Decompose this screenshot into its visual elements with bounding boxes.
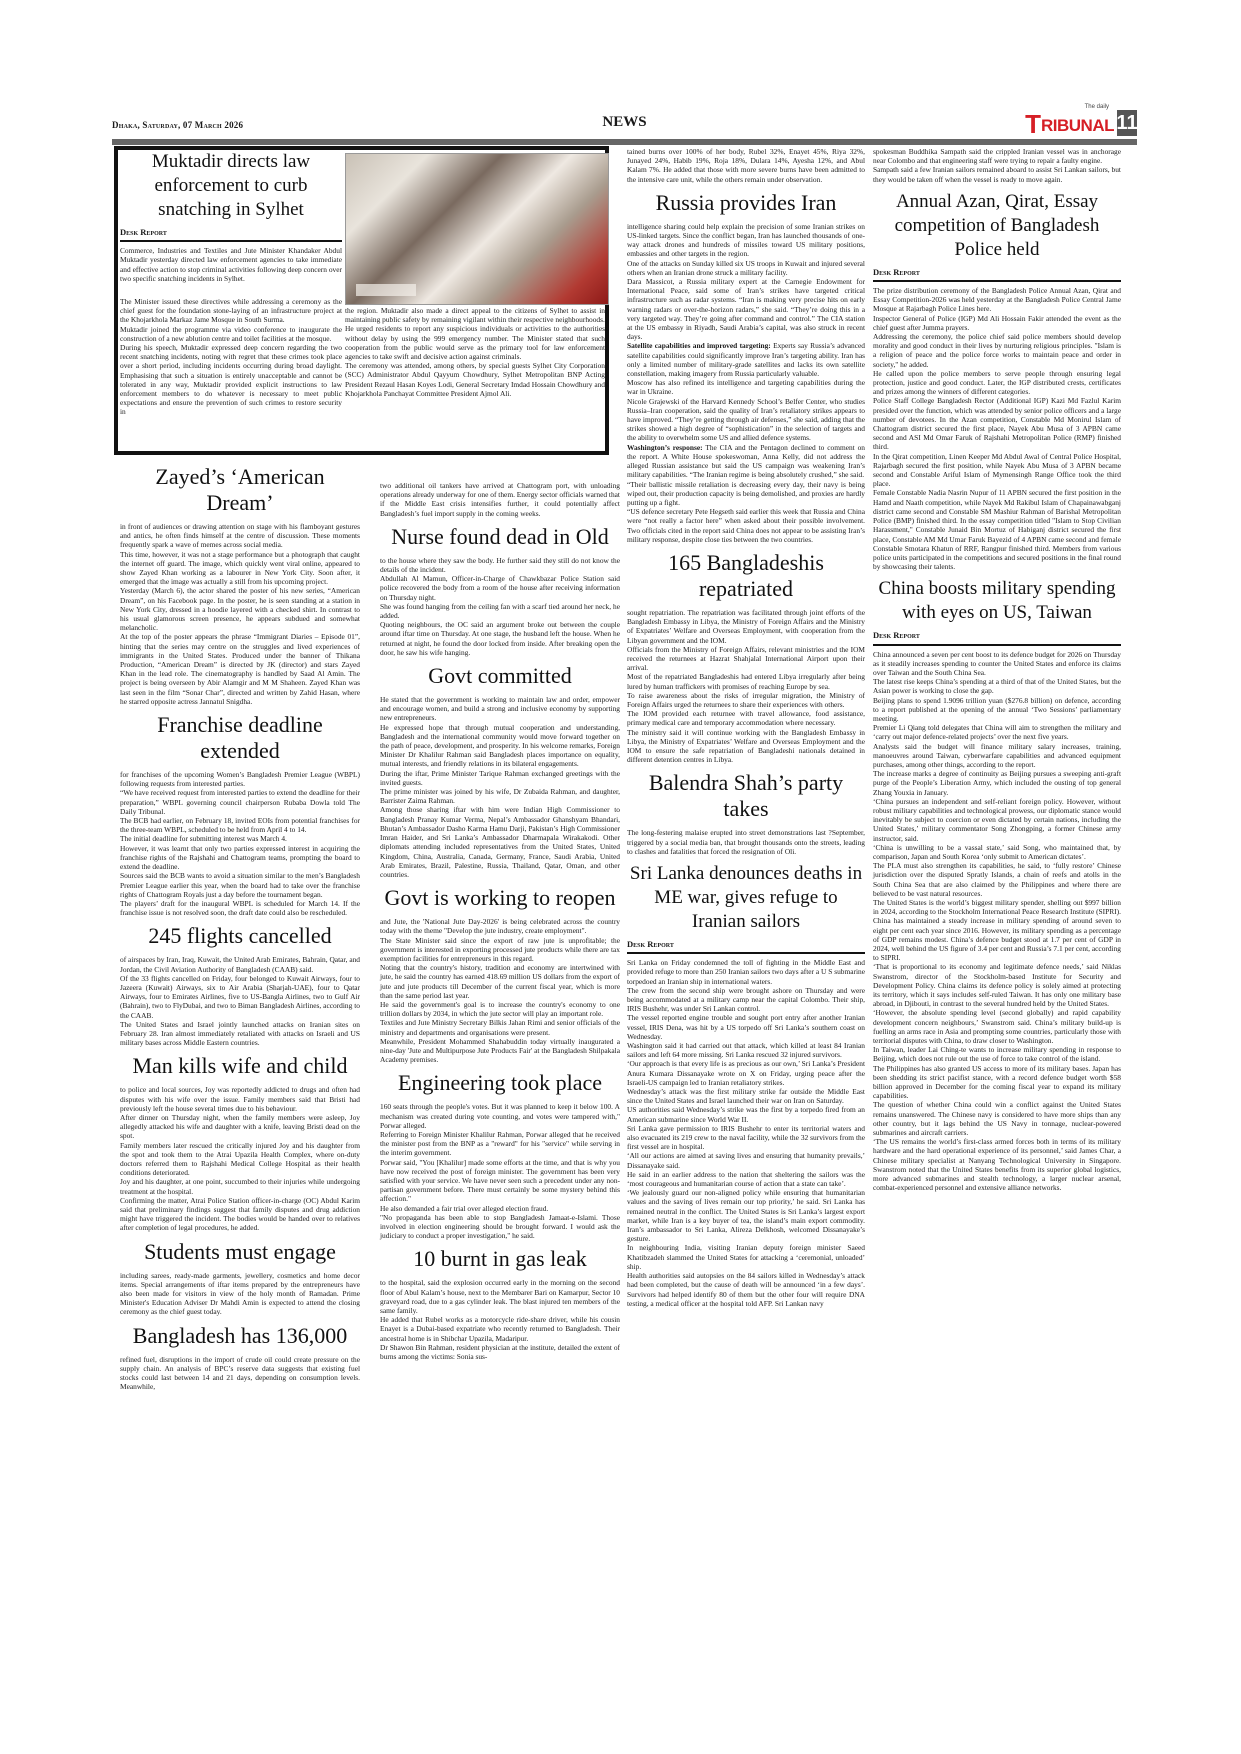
paragraph: At the top of the poster appears the phr… [120,632,360,706]
column-2: two additional oil tankers have arrived … [380,481,620,1361]
paragraph: Referring to Foreign Minister Khalilur R… [380,1130,620,1158]
headline-man-kills: Man kills wife and child [120,1053,360,1079]
paragraph: Yesterday (March 6), the actor shared th… [120,586,360,632]
lead-story-right: the region. Muktadir also made a direct … [345,306,605,398]
headline-police: Annual Azan, Qirat, Essay competition of… [873,190,1121,262]
headline-govt-reopen: Govt is working to reopen [380,885,620,911]
paragraph: spokesman Buddhika Sampath said the crip… [873,147,1121,165]
byline-sri-lanka: Desk Report [627,940,865,954]
headline-russia: Russia provides Iran [627,190,865,216]
paragraph: He expressed hope that through mutual co… [380,723,620,769]
paragraph: Meanwhile, President Mohammed Shahabuddi… [380,1037,620,1065]
paragraph: Of the 33 flights cancelled on Friday, f… [120,974,360,1020]
paragraph: Porwar said, "You [Khalilur] made some e… [380,1158,620,1204]
paragraph: Satellite capabilities and improved targ… [627,341,865,378]
paragraph: In Taiwan, leader Lai Ching-te wants to … [873,1045,1121,1063]
byline-china: Desk Report [873,631,1121,645]
paragraph: Dr Shawon Bin Rahman, resident physician… [380,1343,620,1361]
subhead: Washington’s response: [627,443,703,452]
logo-first-letter: T [1025,112,1041,136]
paragraph: The Philippines has also granted US acce… [873,1064,1121,1101]
paragraph: China has maintained a steady increase i… [873,916,1121,962]
paragraph: The prime minister was joined by his wif… [380,787,620,805]
headline-balendra: Balendra Shah’s party takes [627,770,865,822]
paragraph: Inspector General of Police (IGP) Md Ali… [873,314,1121,332]
logo-the-daily: The daily [1085,104,1109,110]
paragraph: to the hospital, said the explosion occu… [380,1278,620,1315]
masthead: Dhaka, Saturday, 07 March 2026 NEWS The … [112,108,1137,138]
headline-flights: 245 flights cancelled [120,923,360,949]
paragraph: Abdullah Al Mamun, Officer-in-Charge of … [380,574,620,602]
paragraph: Moscow has also refined its intelligence… [627,378,865,396]
paragraph: In neighbouring India, visiting Iranian … [627,1243,865,1271]
column-3: tained burns over 100% of her body, Rube… [627,147,865,1308]
paragraph: In the Qirat competition, Linen Keeper M… [873,452,1121,489]
paragraph: Sampath said a few Iranian sailors remai… [873,165,1121,183]
paragraph: Family members later rescued the critica… [120,1141,360,1178]
paragraph: The vessel reported engine trouble and s… [627,1013,865,1041]
paragraph: Confirming the matter, Atrai Police Stat… [120,1196,360,1233]
paragraph: ‘China is unwilling to be a vassal state… [873,843,1121,861]
lead-story-left: Muktadir directs law enforcement to curb… [120,148,342,283]
paragraph: two additional oil tankers have arrived … [380,481,620,518]
paragraph: The long-festering malaise erupted into … [627,828,865,856]
headline-china: China boosts military spending with eyes… [873,577,1121,625]
paragraph: intelligence sharing could help explain … [627,222,865,259]
paragraph: Sources said the BCB wants to avoid a si… [120,871,360,899]
paragraph: for franchises of the upcoming Women’s B… [120,770,360,788]
paragraph: He added that Rubel works as a motorcycl… [380,1315,620,1343]
headline-muktadir: Muktadir directs law enforcement to curb… [120,150,342,222]
paragraph: The United States and Israel jointly lau… [120,1020,360,1048]
byline-muktadir: Desk Report [120,228,342,242]
logo-rest: RIBUNAL [1041,116,1114,136]
paragraph: 160 seats through the people's votes. Bu… [380,1102,620,1130]
paragraph: Most of the repatriated Bangladeshis had… [627,672,865,690]
paragraph: The question of whether China could win … [873,1100,1121,1137]
paragraph: of airspaces by Iran, Iraq, Kuwait, the … [120,955,360,973]
paragraph: Noting that the country's history, tradi… [380,963,620,1000]
section-title: NEWS [112,114,1137,131]
paragraph: China announced a seven per cent boost t… [873,650,1121,678]
paragraph: including sarees, ready-made garments, j… [120,1271,360,1317]
paragraph: The IOM provided each returnee with trav… [627,709,865,727]
paragraph: Muktadir joined the programme via video … [120,325,342,343]
paragraph: The latest rise keeps China’s spending a… [873,677,1121,695]
paragraph: The prize distribution ceremony of the B… [873,286,1121,314]
paragraph: Washington said it had carried out that … [627,1041,865,1059]
paragraph: refined fuel, disruptions in the import … [120,1355,360,1392]
headline-franchise: Franchise deadline extended [120,712,360,764]
paragraph: Addressing the ceremony, the police chie… [873,332,1121,369]
paragraph: He urged residents to report any suspici… [345,324,605,361]
paragraph: Wednesday’s attack was the first militar… [627,1087,865,1105]
paragraph: Joy and his daughter, at one point, succ… [120,1177,360,1195]
paragraph: ‘All our actions are aimed at saving liv… [627,1151,865,1169]
paragraph: However, it was learnt that only two par… [120,844,360,872]
paragraph: The PLA must also strengthen its capabil… [873,861,1121,898]
paragraph: Sri Lanka gave permission to IRIS Busheh… [627,1124,865,1152]
paragraph: The increase marks a degree of continuit… [873,769,1121,797]
paragraph: US authorities said Wednesday’s strike w… [627,1105,865,1123]
newspaper-page: Dhaka, Saturday, 07 March 2026 NEWS The … [0,0,1241,1754]
headline-govt-committed: Govt committed [380,663,620,689]
paragraph: ‘The US remains the world’s first-class … [873,1137,1121,1192]
header-rule [112,139,1137,145]
byline-police: Desk Report [873,268,1121,282]
paragraph: Premier Li Qiang told delegates that Chi… [873,723,1121,741]
headline-nurse: Nurse found dead in Old [380,524,620,550]
paragraph: He said in an earlier address to the nat… [627,1170,865,1188]
headline-gas-leak: 10 burnt in gas leak [380,1246,620,1272]
paragraph: to the house where they saw the body. He… [380,556,620,574]
paragraph: Officials from the Ministry of Foreign A… [627,645,865,673]
paragraph: Among those sharing iftar with him were … [380,805,620,879]
paragraph: in front of audiences or drawing attenti… [120,522,360,550]
subhead: Satellite capabilities and improved targ… [627,341,771,350]
paragraph: The State Minister said since the export… [380,936,620,964]
paragraph: The crew from the second ship were broug… [627,986,865,1014]
paragraph: Quoting neighbours, the OC said an argum… [380,620,620,657]
tribunal-logo: The daily T RIBUNAL 11 [1025,108,1137,136]
paragraph: “US defence secretary Pete Hegseth said … [627,507,865,544]
paragraph: He said the government's goal is to incr… [380,1000,620,1018]
lead-photo [345,153,609,305]
headline-sri-lanka: Sri Lanka denounces deaths in ME war, gi… [627,862,865,934]
headline-engineering: Engineering took place [380,1070,620,1096]
paragraph: Beijing plans to spend 1.9096 trillion y… [873,696,1121,724]
paragraph: and Jute, the 'National Jute Day-2026' i… [380,917,620,935]
paragraph: ‘However, the absolute spending level (s… [873,1008,1121,1045]
paragraph: Commerce, Industries and Textiles and Ju… [120,246,342,283]
headline-zayed: Zayed’s ‘American Dream’ [120,464,360,516]
paragraph: the region. Muktadir also made a direct … [345,306,605,324]
photo-plaque [356,284,416,296]
headline-repatriated: 165 Bangladeshis repatriated [627,550,865,602]
paragraph: He stated that the government is working… [380,695,620,723]
paragraph: “We have received request from intereste… [120,788,360,816]
paragraph: “Their ballistic missile retaliation is … [627,480,865,508]
column-4: spokesman Buddhika Sampath said the crip… [873,147,1121,1193]
paragraph: The ministry said it will continue worki… [627,728,865,765]
paragraph: During his speech, Muktadir expressed de… [120,343,342,417]
paragraph: This time, however, it was not a stage p… [120,550,360,587]
paragraph: Washington’s response: The CIA and the P… [627,443,865,480]
paragraph: Health authorities said autopsies on the… [627,1271,865,1308]
paragraph: One of the attacks on Sunday killed six … [627,259,865,277]
paragraph: She was found hanging from the ceiling f… [380,602,620,620]
paragraph: ‘China pursues an independent and self-r… [873,797,1121,843]
paragraph: The ceremony was attended, among others,… [345,361,605,398]
paragraph: The players’ draft for the inaugural WBP… [120,899,360,917]
paragraph: He also demanded a fair trial over alleg… [380,1204,620,1213]
paragraph: Dara Massicot, a Russia military expert … [627,277,865,341]
column-1: Zayed’s ‘American Dream’ in front of aud… [120,458,360,1391]
paragraph: ‘Our approach is that every life is as p… [627,1059,865,1087]
headline-students: Students must engage [120,1239,360,1265]
paragraph: The Minister issued these directives whi… [120,297,342,325]
paragraph: Police Staff College Bangladesh Rector (… [873,396,1121,451]
paragraph: Female Constable Nadia Nasrin Nupur of 1… [873,488,1121,571]
paragraph: sought repatriation. The repatriation wa… [627,608,865,645]
paragraph: He called upon the police members to ser… [873,369,1121,397]
paragraph: Analysts said the budget will finance mi… [873,742,1121,770]
paragraph: ‘We jealously guard our non-aligned poli… [627,1188,865,1243]
paragraph: "No propaganda has been able to stop Ban… [380,1213,620,1241]
headline-bangladesh-136000: Bangladesh has 136,000 [120,1323,360,1349]
paragraph: ‘That is proportional to its economy and… [873,962,1121,1008]
paragraph: tained burns over 100% of her body, Rube… [627,147,865,184]
paragraph: to police and local sources, Joy was rep… [120,1085,360,1113]
paragraph: The United States is the world’s biggest… [873,898,1121,916]
lead-story-left-2: The Minister issued these directives whi… [120,297,342,417]
paragraph: During the iftar, Prime Minister Tarique… [380,769,620,787]
paragraph: Textiles and Jute Ministry Secretary Bil… [380,1018,620,1036]
paragraph: Nicole Grajewski of the Harvard Kennedy … [627,397,865,443]
page-number: 11 [1117,110,1137,136]
paragraph: The initial deadline for submitting inte… [120,834,360,843]
paragraph: The BCB had earlier, on February 18, inv… [120,816,360,834]
paragraph: To raise awareness about the risks of ir… [627,691,865,709]
paragraph: Sri Lanka on Friday condemned the toll o… [627,958,865,986]
paragraph: After dinner on Thursday night, when the… [120,1113,360,1141]
